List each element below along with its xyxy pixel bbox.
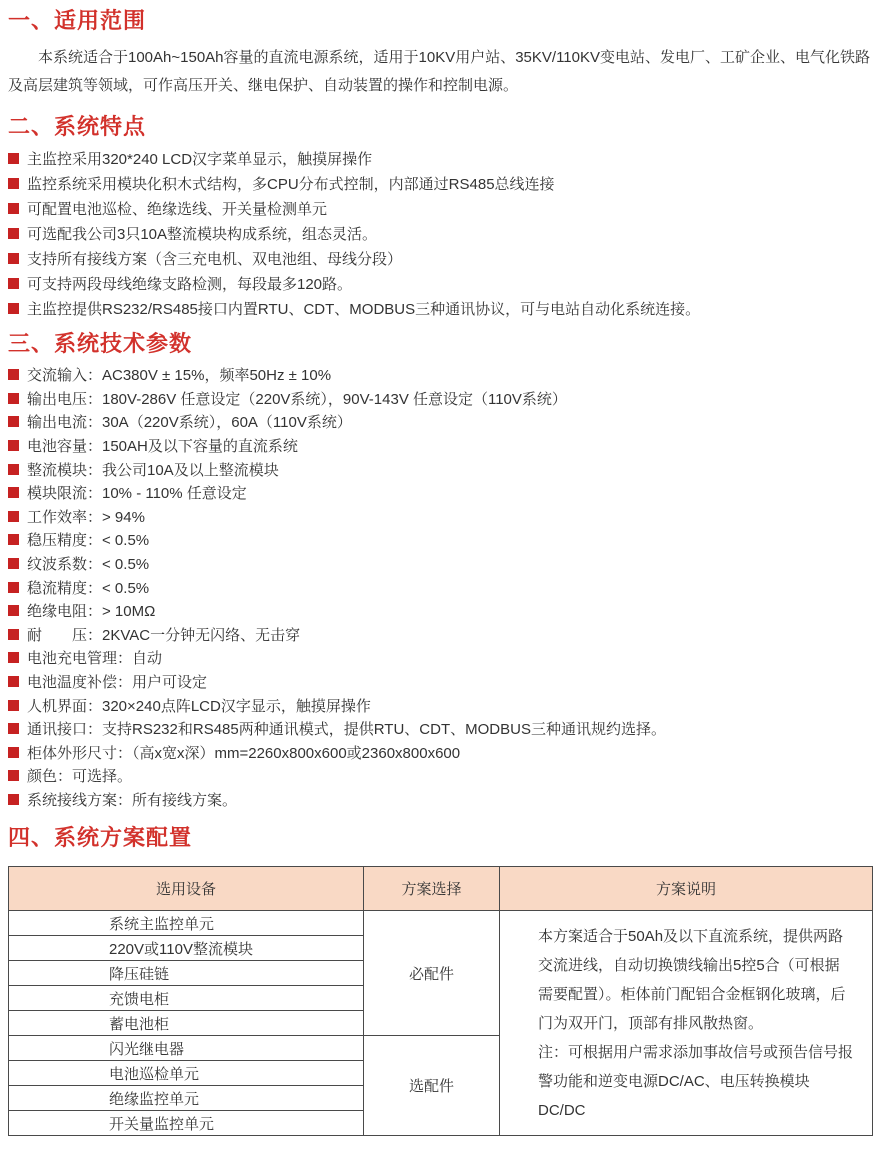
scope-paragraph: 本系统适合于100Ah~150Ah容量的直流电源系统，适用于10KV用户站、35… [8, 44, 872, 100]
parameter-text: 通讯接口：支持RS232和RS485两种通讯模式，提供RTU、CDT、MODBU… [27, 718, 666, 739]
parameter-text: 输出电压：180V-286V 任意设定（220V系统），90V-143V 任意设… [27, 388, 567, 409]
parameter-item: 颜色：可选择。 [8, 764, 872, 788]
feature-text: 可支持两段母线绝缘支路检测，每段最多120路。 [27, 273, 352, 294]
parameter-item: 电池容量：150AH及以下容量的直流系统 [8, 434, 872, 458]
section-configuration: 四、系统方案配置 选用设备 方案选择 方案说明 系统主监控单元 必配件 [8, 823, 872, 1136]
parameter-text: 耐 压：2KVAC一分钟无闪络、无击穿 [27, 624, 300, 645]
parameter-text: 工作效率：> 94% [27, 506, 145, 527]
section-features-title: 二、系统特点 [8, 112, 872, 142]
bullet-square-icon [8, 228, 19, 239]
section-configuration-title: 四、系统方案配置 [8, 823, 872, 853]
feature-text: 监控系统采用模块化积木式结构，多CPU分布式控制，内部通过RS485总线连接 [27, 173, 555, 194]
parameter-item: 耐 压：2KVAC一分钟无闪络、无击穿 [8, 623, 872, 647]
parameter-text: 人机界面：320×240点阵LCD汉字显示，触摸屏操作 [27, 695, 371, 716]
bullet-square-icon [8, 178, 19, 189]
bullet-square-icon [8, 747, 19, 758]
bullet-square-icon [8, 629, 19, 640]
equipment-cell: 开关量监控单元 [9, 1111, 364, 1136]
section-features: 二、系统特点 主监控采用320*240 LCD汉字菜单显示，触摸屏操作 监控系统… [8, 112, 872, 321]
bullet-square-icon [8, 369, 19, 380]
equipment-cell: 蓄电池柜 [9, 1011, 364, 1036]
table-header-row: 选用设备 方案选择 方案说明 [9, 867, 873, 911]
parameter-text: 稳流精度：< 0.5% [27, 577, 149, 598]
feature-item: 可配置电池巡检、绝缘选线、开关量检测单元 [8, 196, 872, 221]
parameter-text: 颜色：可选择。 [27, 765, 132, 786]
parameter-text: 输出电流：30A（220V系统），60A（110V系统） [27, 411, 352, 432]
equipment-cell: 闪光继电器 [9, 1036, 364, 1061]
bullet-square-icon [8, 393, 19, 404]
bullet-square-icon [8, 770, 19, 781]
bullet-square-icon [8, 303, 19, 314]
feature-item: 可支持两段母线绝缘支路检测，每段最多120路。 [8, 271, 872, 296]
document-page: 一、适用范围 本系统适合于100Ah~150Ah容量的直流电源系统，适用于10K… [0, 0, 880, 1152]
parameter-item: 输出电压：180V-286V 任意设定（220V系统），90V-143V 任意设… [8, 387, 872, 411]
bullet-square-icon [8, 278, 19, 289]
features-list: 主监控采用320*240 LCD汉字菜单显示，触摸屏操作 监控系统采用模块化积木… [8, 146, 872, 321]
parameter-item: 稳流精度：< 0.5% [8, 575, 872, 599]
parameter-item: 交流输入：AC380V ± 15%，频率50Hz ± 10% [8, 363, 872, 387]
parameter-text: 电池容量：150AH及以下容量的直流系统 [27, 435, 298, 456]
parameter-text: 电池充电管理：自动 [27, 647, 162, 668]
parameter-text: 模块限流：10% - 110% 任意设定 [27, 482, 247, 503]
equipment-cell: 充馈电柜 [9, 986, 364, 1011]
parameter-item: 工作效率：> 94% [8, 505, 872, 529]
bullet-square-icon [8, 203, 19, 214]
parameter-text: 交流输入：AC380V ± 15%，频率50Hz ± 10% [27, 364, 331, 385]
bullet-square-icon [8, 153, 19, 164]
parameter-item: 整流模块：我公司10A及以上整流模块 [8, 457, 872, 481]
parameter-item: 绝缘电阻：> 10MΩ [8, 599, 872, 623]
parameter-item: 人机界面：320×240点阵LCD汉字显示，触摸屏操作 [8, 693, 872, 717]
bullet-square-icon [8, 511, 19, 522]
parameter-text: 柜体外形尺寸：（高x宽x深）mm=2260x800x600或2360x800x6… [27, 742, 460, 763]
col-header-equipment: 选用设备 [9, 867, 364, 911]
bullet-square-icon [8, 700, 19, 711]
bullet-square-icon [8, 487, 19, 498]
bullet-square-icon [8, 676, 19, 687]
parameter-item: 稳压精度：< 0.5% [8, 528, 872, 552]
bullet-square-icon [8, 416, 19, 427]
bullet-square-icon [8, 464, 19, 475]
table-row: 系统主监控单元 必配件 本方案适合于50Ah及以下直流系统，提供两路交流进线，自… [9, 911, 873, 936]
parameter-text: 稳压精度：< 0.5% [27, 529, 149, 550]
description-note: 注：可根据用户需求添加事故信号或预告信号报警功能和逆变电源DC/AC、电压转换模… [538, 1038, 854, 1125]
section-parameters-title: 三、系统技术参数 [8, 329, 872, 359]
bullet-square-icon [8, 605, 19, 616]
parameter-item: 电池充电管理：自动 [8, 646, 872, 670]
parameter-item: 通讯接口：支持RS232和RS485两种通讯模式，提供RTU、CDT、MODBU… [8, 717, 872, 741]
equipment-cell: 220V或110V整流模块 [9, 936, 364, 961]
feature-item: 可选配我公司3只10A整流模块构成系统，组态灵活。 [8, 221, 872, 246]
bullet-square-icon [8, 558, 19, 569]
col-header-choice: 方案选择 [364, 867, 500, 911]
feature-text: 支持所有接线方案（含三充电机、双电池组、母线分段） [27, 248, 402, 269]
parameter-item: 柜体外形尺寸：（高x宽x深）mm=2260x800x600或2360x800x6… [8, 741, 872, 765]
section-scope-title: 一、适用范围 [8, 6, 872, 36]
optional-label-cell: 选配件 [364, 1036, 500, 1136]
equipment-cell: 降压硅链 [9, 961, 364, 986]
equipment-cell: 电池巡检单元 [9, 1061, 364, 1086]
parameter-item: 纹波系数：< 0.5% [8, 552, 872, 576]
parameter-text: 整流模块：我公司10A及以上整流模块 [27, 459, 279, 480]
parameter-item: 电池温度补偿：用户可设定 [8, 670, 872, 694]
bullet-square-icon [8, 582, 19, 593]
feature-item: 主监控提供RS232/RS485接口内置RTU、CDT、MODBUS三种通讯协议… [8, 296, 872, 321]
bullet-square-icon [8, 723, 19, 734]
feature-item: 主监控采用320*240 LCD汉字菜单显示，触摸屏操作 [8, 146, 872, 171]
section-parameters: 三、系统技术参数 交流输入：AC380V ± 15%，频率50Hz ± 10% … [8, 329, 872, 811]
feature-text: 可选配我公司3只10A整流模块构成系统，组态灵活。 [27, 223, 377, 244]
parameter-item: 系统接线方案：所有接线方案。 [8, 788, 872, 812]
parameter-text: 绝缘电阻：> 10MΩ [27, 600, 155, 621]
col-header-description: 方案说明 [500, 867, 873, 911]
parameter-text: 电池温度补偿：用户可设定 [27, 671, 207, 692]
parameter-text: 系统接线方案：所有接线方案。 [27, 789, 237, 810]
equipment-cell: 绝缘监控单元 [9, 1086, 364, 1111]
parameter-item: 输出电流：30A（220V系统），60A（110V系统） [8, 410, 872, 434]
parameter-item: 模块限流：10% - 110% 任意设定 [8, 481, 872, 505]
bullet-square-icon [8, 534, 19, 545]
feature-text: 主监控提供RS232/RS485接口内置RTU、CDT、MODBUS三种通讯协议… [27, 298, 700, 319]
feature-text: 可配置电池巡检、绝缘选线、开关量检测单元 [27, 198, 327, 219]
configuration-table: 选用设备 方案选择 方案说明 系统主监控单元 必配件 本方案适合于50Ah及以下… [8, 866, 873, 1136]
bullet-square-icon [8, 440, 19, 451]
bullet-square-icon [8, 794, 19, 805]
bullet-square-icon [8, 253, 19, 264]
equipment-cell: 系统主监控单元 [9, 911, 364, 936]
section-scope: 一、适用范围 本系统适合于100Ah~150Ah容量的直流电源系统，适用于10K… [8, 6, 872, 100]
parameter-text: 纹波系数：< 0.5% [27, 553, 149, 574]
feature-text: 主监控采用320*240 LCD汉字菜单显示，触摸屏操作 [27, 148, 372, 169]
required-label-cell: 必配件 [364, 911, 500, 1036]
feature-item: 支持所有接线方案（含三充电机、双电池组、母线分段） [8, 246, 872, 271]
parameters-list: 交流输入：AC380V ± 15%，频率50Hz ± 10% 输出电压：180V… [8, 363, 872, 811]
description-cell: 本方案适合于50Ah及以下直流系统，提供两路交流进线，自动切换馈线输出5控5合（… [500, 911, 873, 1136]
feature-item: 监控系统采用模块化积木式结构，多CPU分布式控制，内部通过RS485总线连接 [8, 171, 872, 196]
bullet-square-icon [8, 652, 19, 663]
description-main: 本方案适合于50Ah及以下直流系统，提供两路交流进线，自动切换馈线输出5控5合（… [538, 922, 854, 1038]
